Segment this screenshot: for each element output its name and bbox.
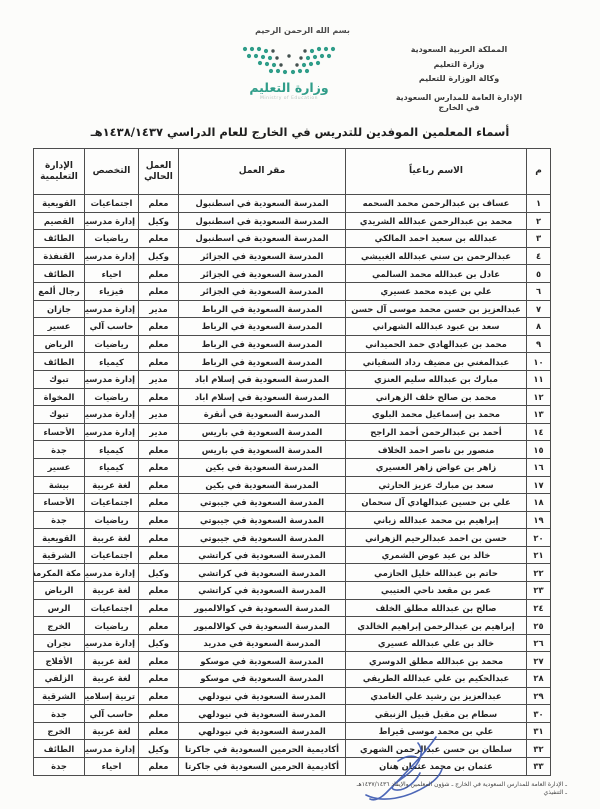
letterhead: المملكة العربية السعودية وزارة التعليم و… bbox=[388, 45, 530, 118]
cell-no: ٢٨ bbox=[527, 670, 551, 688]
cell-location: المدرسة السعودية في اسطنبول bbox=[179, 195, 346, 213]
cell-job: معلم bbox=[139, 599, 179, 617]
cell-name: صالح بن عبدالله مطلق الخلف bbox=[346, 599, 527, 617]
column-header-location: مقر العمل bbox=[179, 149, 346, 195]
cell-name: محمد بن إسماعيل محمد البلوي bbox=[346, 406, 527, 424]
cell-job: معلم bbox=[139, 230, 179, 248]
ministry-logo-wordmark: وزارة التعليم bbox=[233, 80, 345, 95]
cell-job: مدير bbox=[139, 406, 179, 424]
cell-specialty: إدارة مدرسية bbox=[85, 634, 139, 652]
cell-name: محمد بن عبدالله مطلق الدوسري bbox=[346, 652, 527, 670]
cell-location: المدرسة السعودية في كراتشي bbox=[179, 564, 346, 582]
cell-location: المدرسة السعودية في بكين bbox=[179, 476, 346, 494]
cell-no: ١٥ bbox=[527, 441, 551, 459]
cell-location: المدرسة السعودية في جيبوتي bbox=[179, 494, 346, 512]
cell-location: المدرسة السعودية في نيودلهي bbox=[179, 705, 346, 723]
table-row: ١٢محمد بن صالح خلف الزهرانيالمدرسة السعو… bbox=[34, 388, 551, 406]
cell-name: أحمد بن عبدالرحمن أحمد الراجح bbox=[346, 423, 527, 441]
cell-name: خالد بن علي عبدالله عسيري bbox=[346, 634, 527, 652]
letterhead-ministry: وزارة التعليم bbox=[388, 60, 530, 70]
cell-job: معلم bbox=[139, 758, 179, 776]
cell-name: إبراهيم بن محمد عبدالله زياني bbox=[346, 511, 527, 529]
table-row: ٢٧محمد بن عبدالله مطلق الدوسريالمدرسة ال… bbox=[34, 652, 551, 670]
cell-admin: الطائف bbox=[34, 353, 85, 371]
cell-name: سعد بن مبارك عزيز الحارثي bbox=[346, 476, 527, 494]
table-row: ٢٦خالد بن علي عبدالله عسيريالمدرسة السعو… bbox=[34, 634, 551, 652]
cell-admin: الطائف bbox=[34, 265, 85, 283]
cell-admin: الأفلاج bbox=[34, 652, 85, 670]
cell-no: ١٦ bbox=[527, 458, 551, 476]
cell-no: ٢٩ bbox=[527, 687, 551, 705]
cell-no: ٧ bbox=[527, 300, 551, 318]
cell-no: ١١ bbox=[527, 370, 551, 388]
cell-location: المدرسة السعودية في الرباط bbox=[179, 300, 346, 318]
cell-specialty: اجتماعيات bbox=[85, 494, 139, 512]
cell-no: ٣١ bbox=[527, 722, 551, 740]
cell-no: ٢١ bbox=[527, 546, 551, 564]
cell-admin: الرس bbox=[34, 599, 85, 617]
cell-admin: جدة bbox=[34, 441, 85, 459]
cell-job: معلم bbox=[139, 195, 179, 213]
cell-no: ٣٠ bbox=[527, 705, 551, 723]
cell-job: معلم bbox=[139, 282, 179, 300]
cell-specialty: لغة عربية bbox=[85, 476, 139, 494]
cell-no: ١ bbox=[527, 195, 551, 213]
cell-no: ٤ bbox=[527, 247, 551, 265]
table-row: ٢٨عبدالحكيم بن علي عبدالله الطريفيالمدرس… bbox=[34, 670, 551, 688]
cell-job: معلم bbox=[139, 511, 179, 529]
cell-specialty: إدارة مدرسية bbox=[85, 406, 139, 424]
table-row: ٣٠سطام بن مقبل قبيل الزنبقيالمدرسة السعو… bbox=[34, 705, 551, 723]
ministry-logo: وزارة التعليم Ministry of Education bbox=[233, 44, 345, 101]
cell-no: ٥ bbox=[527, 265, 551, 283]
cell-specialty: رياضيات bbox=[85, 230, 139, 248]
cell-admin: تبوك bbox=[34, 370, 85, 388]
cell-specialty: إدارة مدرسية bbox=[85, 247, 139, 265]
cell-location: المدرسة السعودية في جيبوتي bbox=[179, 511, 346, 529]
cell-no: ١٠ bbox=[527, 353, 551, 371]
table-row: ٣٣عثمان بن محمد عثمان هنانأكاديمية الحرم… bbox=[34, 758, 551, 776]
cell-name: عبدالعزيز بن حسن محمد موسى آل حسن bbox=[346, 300, 527, 318]
table-row: ١٧سعد بن مبارك عزيز الحارثيالمدرسة السعو… bbox=[34, 476, 551, 494]
cell-name: عبدالمغني بن مضيف رداد السفياني bbox=[346, 353, 527, 371]
column-header-current-job: العمل الحالي bbox=[139, 149, 179, 195]
cell-admin: الطائف bbox=[34, 740, 85, 758]
cell-specialty: كيمياء bbox=[85, 458, 139, 476]
cell-location: أكاديمية الحرمين السعودية في جاكرتا bbox=[179, 758, 346, 776]
cell-specialty: لغة عربية bbox=[85, 529, 139, 547]
cell-job: مدير bbox=[139, 423, 179, 441]
cell-location: المدرسة السعودية في أنقرة bbox=[179, 406, 346, 424]
cell-admin: المخواة bbox=[34, 388, 85, 406]
cell-location: المدرسة السعودية في مدريد bbox=[179, 634, 346, 652]
cell-specialty: لغة عربية bbox=[85, 722, 139, 740]
cell-admin: عسير bbox=[34, 318, 85, 336]
table-row: ٤عبدالرحمن بن سني عبدالله الغبيشيالمدرسة… bbox=[34, 247, 551, 265]
cell-name: عساف بن عبدالرحمن محمد السحمه bbox=[346, 195, 527, 213]
cell-specialty: اجتماعيات bbox=[85, 195, 139, 213]
cell-name: حاتم بن عبدالله خليل الحازمي bbox=[346, 564, 527, 582]
cell-job: معلم bbox=[139, 335, 179, 353]
cell-specialty: اجتماعيات bbox=[85, 599, 139, 617]
cell-location: المدرسة السعودية في نيودلهي bbox=[179, 687, 346, 705]
cell-specialty: اجتماعيات bbox=[85, 546, 139, 564]
cell-admin: عسير bbox=[34, 458, 85, 476]
cell-admin: الخرج bbox=[34, 722, 85, 740]
cell-specialty: احياء bbox=[85, 265, 139, 283]
table-row: ٢٩عبدالعزيز بن رشيد علي الغامديالمدرسة ا… bbox=[34, 687, 551, 705]
table-row: ٢٠حسن بن احمد عبدالرحيم الزهرانيالمدرسة … bbox=[34, 529, 551, 547]
cell-location: المدرسة السعودية في نيودلهي bbox=[179, 722, 346, 740]
cell-admin: القصيم bbox=[34, 212, 85, 230]
cell-job: معلم bbox=[139, 265, 179, 283]
cell-location: المدرسة السعودية في جيبوتي bbox=[179, 529, 346, 547]
cell-job: معلم bbox=[139, 617, 179, 635]
cell-name: عمر بن مقعد ناحي العتيبي bbox=[346, 582, 527, 600]
cell-name: إبراهيم بن عبدالرحمن إبراهيم الخالدي bbox=[346, 617, 527, 635]
cell-job: معلم bbox=[139, 582, 179, 600]
cell-job: معلم bbox=[139, 388, 179, 406]
cell-no: ٢٢ bbox=[527, 564, 551, 582]
cell-no: ١٨ bbox=[527, 494, 551, 512]
table-row: ١٥منصور بن ناصر احمد الخلافالمدرسة السعو… bbox=[34, 441, 551, 459]
cell-location: المدرسة السعودية في الجزائر bbox=[179, 265, 346, 283]
cell-job: معلم bbox=[139, 652, 179, 670]
cell-location: المدرسة السعودية في كراتشي bbox=[179, 582, 346, 600]
cell-no: ٢٥ bbox=[527, 617, 551, 635]
cell-job: وكيل bbox=[139, 564, 179, 582]
cell-job: معلم bbox=[139, 353, 179, 371]
table-header-row: م الاسم رباعياً مقر العمل العمل الحالي ا… bbox=[34, 149, 551, 195]
cell-name: سعد بن عبود عبدالله الشهراني bbox=[346, 318, 527, 336]
table-row: ١٣محمد بن إسماعيل محمد البلويالمدرسة الس… bbox=[34, 406, 551, 424]
cell-location: المدرسة السعودية في إسلام اباد bbox=[179, 370, 346, 388]
cell-admin: القويعية bbox=[34, 195, 85, 213]
cell-job: وكيل bbox=[139, 740, 179, 758]
cell-specialty: حاسب آلي bbox=[85, 705, 139, 723]
cell-specialty: إدارة مدرسية bbox=[85, 423, 139, 441]
cell-location: المدرسة السعودية في الرباط bbox=[179, 353, 346, 371]
table-row: ٣عبدالله بن سعيد احمد المالكيالمدرسة الس… bbox=[34, 230, 551, 248]
cell-job: معلم bbox=[139, 546, 179, 564]
cell-name: عبدالله بن سعيد احمد المالكي bbox=[346, 230, 527, 248]
cell-name: عبدالعزيز بن رشيد علي الغامدي bbox=[346, 687, 527, 705]
table-body: ١عساف بن عبدالرحمن محمد السحمهالمدرسة ال… bbox=[34, 195, 551, 776]
table-row: ٢محمد بن عبدالرحمن عبدالله الشريديالمدرس… bbox=[34, 212, 551, 230]
table-row: ١٤أحمد بن عبدالرحمن أحمد الراجحالمدرسة ا… bbox=[34, 423, 551, 441]
cell-admin: الرياض bbox=[34, 335, 85, 353]
column-header-admin: الإدارة التعليمية bbox=[34, 149, 85, 195]
table-row: ١عساف بن عبدالرحمن محمد السحمهالمدرسة ال… bbox=[34, 195, 551, 213]
cell-name: حسن بن احمد عبدالرحيم الزهراني bbox=[346, 529, 527, 547]
cell-specialty: تربية إسلامية bbox=[85, 687, 139, 705]
cell-job: معلم bbox=[139, 529, 179, 547]
document-title: أسماء المعلمين الموفدين للتدريس في الخار… bbox=[0, 125, 600, 139]
cell-location: المدرسة السعودية في كوالالمبور bbox=[179, 617, 346, 635]
cell-specialty: فيزياء bbox=[85, 282, 139, 300]
column-header-name: الاسم رباعياً bbox=[346, 149, 527, 195]
cell-admin: بيشة bbox=[34, 476, 85, 494]
cell-specialty: رياضيات bbox=[85, 388, 139, 406]
table-row: ٢٢حاتم بن عبدالله خليل الحازميالمدرسة ال… bbox=[34, 564, 551, 582]
cell-admin: جدة bbox=[34, 705, 85, 723]
cell-name: مبارك بن عبدالله سليم العنزي bbox=[346, 370, 527, 388]
cell-job: وكيل bbox=[139, 212, 179, 230]
cell-admin: القنفذة bbox=[34, 247, 85, 265]
cell-name: عادل بن عبدالله محمد السالمي bbox=[346, 265, 527, 283]
cell-no: ١٣ bbox=[527, 406, 551, 424]
bismillah-text: بسم الله الرحمن الرحيم bbox=[240, 26, 365, 35]
cell-location: المدرسة السعودية في اسطنبول bbox=[179, 212, 346, 230]
cell-location: المدرسة السعودية في باريس bbox=[179, 441, 346, 459]
table-row: ٩محمد بن عبدالهادي حمد الحميدانيالمدرسة … bbox=[34, 335, 551, 353]
cell-name: عبدالرحمن بن سني عبدالله الغبيشي bbox=[346, 247, 527, 265]
cell-specialty: رياضيات bbox=[85, 511, 139, 529]
cell-no: ٨ bbox=[527, 318, 551, 336]
cell-no: ١٩ bbox=[527, 511, 551, 529]
cell-specialty: إدارة مدرسية bbox=[85, 740, 139, 758]
cell-job: وكيل bbox=[139, 247, 179, 265]
footer-note: ـ الإدارة العامة للمدارس السعودية في الخ… bbox=[267, 781, 567, 797]
cell-no: ٣٢ bbox=[527, 740, 551, 758]
cell-admin: الشرقية bbox=[34, 687, 85, 705]
cell-location: أكاديمية الحرمين السعودية في جاكرتا bbox=[179, 740, 346, 758]
cell-job: معلم bbox=[139, 670, 179, 688]
cell-admin: رجال ألمع bbox=[34, 282, 85, 300]
cell-no: ١٧ bbox=[527, 476, 551, 494]
cell-no: ١٢ bbox=[527, 388, 551, 406]
table-row: ٨سعد بن عبود عبدالله الشهرانيالمدرسة الس… bbox=[34, 318, 551, 336]
cell-name: محمد بن عبدالهادي حمد الحميداني bbox=[346, 335, 527, 353]
cell-location: المدرسة السعودية في الجزائر bbox=[179, 247, 346, 265]
table-row: ٦علي بن عيده محمد عسيريالمدرسة السعودية … bbox=[34, 282, 551, 300]
cell-location: المدرسة السعودية في كوالالمبور bbox=[179, 599, 346, 617]
cell-name: محمد بن عبدالرحمن عبدالله الشريدي bbox=[346, 212, 527, 230]
cell-location: المدرسة السعودية في الرباط bbox=[179, 335, 346, 353]
cell-no: ٣٣ bbox=[527, 758, 551, 776]
cell-specialty: إدارة مدرسية bbox=[85, 564, 139, 582]
cell-specialty: إدارة مدرسية bbox=[85, 300, 139, 318]
cell-location: المدرسة السعودية في باريس bbox=[179, 423, 346, 441]
cell-job: معلم bbox=[139, 687, 179, 705]
cell-location: المدرسة السعودية في إسلام اباد bbox=[179, 388, 346, 406]
cell-admin: الأحساء bbox=[34, 423, 85, 441]
ministry-emblem-icon bbox=[239, 44, 339, 78]
footer-line-1: ـ الإدارة العامة للمدارس السعودية في الخ… bbox=[267, 781, 567, 789]
cell-no: ٢٣ bbox=[527, 582, 551, 600]
cell-name: سطام بن مقبل قبيل الزنبقي bbox=[346, 705, 527, 723]
table-row: ٣١علي بن محمد موسى قيراطالمدرسة السعودية… bbox=[34, 722, 551, 740]
cell-specialty: احياء bbox=[85, 758, 139, 776]
cell-name: منصور بن ناصر احمد الخلاف bbox=[346, 441, 527, 459]
cell-job: مدير bbox=[139, 370, 179, 388]
letterhead-agency: وكالة الوزارة للتعليم bbox=[388, 74, 530, 84]
table-row: ١٦زاهر بن عواض زاهر العسيريالمدرسة السعو… bbox=[34, 458, 551, 476]
cell-name: عبدالحكيم بن علي عبدالله الطريفي bbox=[346, 670, 527, 688]
cell-specialty: رياضيات bbox=[85, 617, 139, 635]
cell-location: المدرسة السعودية في الجزائر bbox=[179, 282, 346, 300]
cell-admin: تبوك bbox=[34, 406, 85, 424]
cell-job: معلم bbox=[139, 722, 179, 740]
cell-name: زاهر بن عواض زاهر العسيري bbox=[346, 458, 527, 476]
table-row: ١٨علي بن حسين عبدالهادي آل سحمانالمدرسة … bbox=[34, 494, 551, 512]
cell-job: وكيل bbox=[139, 634, 179, 652]
cell-admin: الرياض bbox=[34, 582, 85, 600]
cell-specialty: لغة عربية bbox=[85, 582, 139, 600]
teachers-table: م الاسم رباعياً مقر العمل العمل الحالي ا… bbox=[33, 148, 551, 776]
cell-admin: الخرج bbox=[34, 617, 85, 635]
table-row: ٢٥إبراهيم بن عبدالرحمن إبراهيم الخالديال… bbox=[34, 617, 551, 635]
cell-admin: نجران bbox=[34, 634, 85, 652]
cell-admin: جدة bbox=[34, 511, 85, 529]
document-page: بسم الله الرحمن الرحيم وزارة التعليم Min… bbox=[0, 0, 600, 809]
cell-no: ٢٧ bbox=[527, 652, 551, 670]
cell-location: المدرسة السعودية في موسكو bbox=[179, 670, 346, 688]
column-header-number: م bbox=[527, 149, 551, 195]
footer-line-2: ـ التنفيذي bbox=[267, 789, 567, 797]
cell-name: علي بن حسين عبدالهادي آل سحمان bbox=[346, 494, 527, 512]
cell-admin: جدة bbox=[34, 758, 85, 776]
cell-name: محمد بن صالح خلف الزهراني bbox=[346, 388, 527, 406]
table-row: ٢١خالد بن عيد عوض الشمريالمدرسة السعودية… bbox=[34, 546, 551, 564]
cell-specialty: كيمياء bbox=[85, 441, 139, 459]
cell-job: مدير bbox=[139, 300, 179, 318]
cell-admin: القويعية bbox=[34, 529, 85, 547]
cell-no: ٢٤ bbox=[527, 599, 551, 617]
cell-no: ٣ bbox=[527, 230, 551, 248]
cell-job: معلم bbox=[139, 494, 179, 512]
cell-no: ٢٦ bbox=[527, 634, 551, 652]
cell-job: معلم bbox=[139, 705, 179, 723]
table-row: ١١مبارك بن عبدالله سليم العنزيالمدرسة ال… bbox=[34, 370, 551, 388]
cell-location: المدرسة السعودية في اسطنبول bbox=[179, 230, 346, 248]
cell-no: ٩ bbox=[527, 335, 551, 353]
cell-job: معلم bbox=[139, 458, 179, 476]
cell-admin: جازان bbox=[34, 300, 85, 318]
cell-specialty: لغة عربية bbox=[85, 670, 139, 688]
cell-specialty: رياضيات bbox=[85, 335, 139, 353]
cell-location: المدرسة السعودية في موسكو bbox=[179, 652, 346, 670]
cell-no: ١٤ bbox=[527, 423, 551, 441]
table-row: ٥عادل بن عبدالله محمد السالميالمدرسة الس… bbox=[34, 265, 551, 283]
ministry-logo-subtitle: Ministry of Education bbox=[233, 96, 345, 101]
cell-no: ٢٠ bbox=[527, 529, 551, 547]
cell-job: معلم bbox=[139, 318, 179, 336]
cell-job: معلم bbox=[139, 441, 179, 459]
cell-location: المدرسة السعودية في الرباط bbox=[179, 318, 346, 336]
cell-no: ٢ bbox=[527, 212, 551, 230]
cell-specialty: لغة عربية bbox=[85, 652, 139, 670]
table-row: ١٩إبراهيم بن محمد عبدالله زيانيالمدرسة ا… bbox=[34, 511, 551, 529]
table-row: ٣٢سلطان بن حسن عبدالرحمن الشهريأكاديمية … bbox=[34, 740, 551, 758]
cell-location: المدرسة السعودية في بكين bbox=[179, 458, 346, 476]
cell-name: خالد بن عيد عوض الشمري bbox=[346, 546, 527, 564]
table-row: ١٠عبدالمغني بن مضيف رداد السفيانيالمدرسة… bbox=[34, 353, 551, 371]
cell-job: معلم bbox=[139, 476, 179, 494]
table-row: ٧عبدالعزيز بن حسن محمد موسى آل حسنالمدرس… bbox=[34, 300, 551, 318]
cell-location: المدرسة السعودية في كراتشي bbox=[179, 546, 346, 564]
cell-specialty: حاسب آلي bbox=[85, 318, 139, 336]
cell-admin: مكة المكرمة bbox=[34, 564, 85, 582]
cell-specialty: إدارة مدرسية bbox=[85, 212, 139, 230]
table-row: ٢٣عمر بن مقعد ناحي العتيبيالمدرسة السعود… bbox=[34, 582, 551, 600]
letterhead-country: المملكة العربية السعودية bbox=[388, 45, 530, 55]
letterhead-department: الإدارة العامة للمدارس السعودية في الخار… bbox=[388, 93, 530, 113]
cell-admin: الزلفي bbox=[34, 670, 85, 688]
cell-name: علي بن عيده محمد عسيري bbox=[346, 282, 527, 300]
cell-no: ٦ bbox=[527, 282, 551, 300]
cell-admin: الطائف bbox=[34, 230, 85, 248]
cell-admin: الشرقية bbox=[34, 546, 85, 564]
cell-specialty: إدارة مدرسية bbox=[85, 370, 139, 388]
cell-admin: الأحساء bbox=[34, 494, 85, 512]
table-row: ٢٤صالح بن عبدالله مطلق الخلفالمدرسة السع… bbox=[34, 599, 551, 617]
cell-specialty: كيمياء bbox=[85, 353, 139, 371]
column-header-specialty: التخصص bbox=[85, 149, 139, 195]
